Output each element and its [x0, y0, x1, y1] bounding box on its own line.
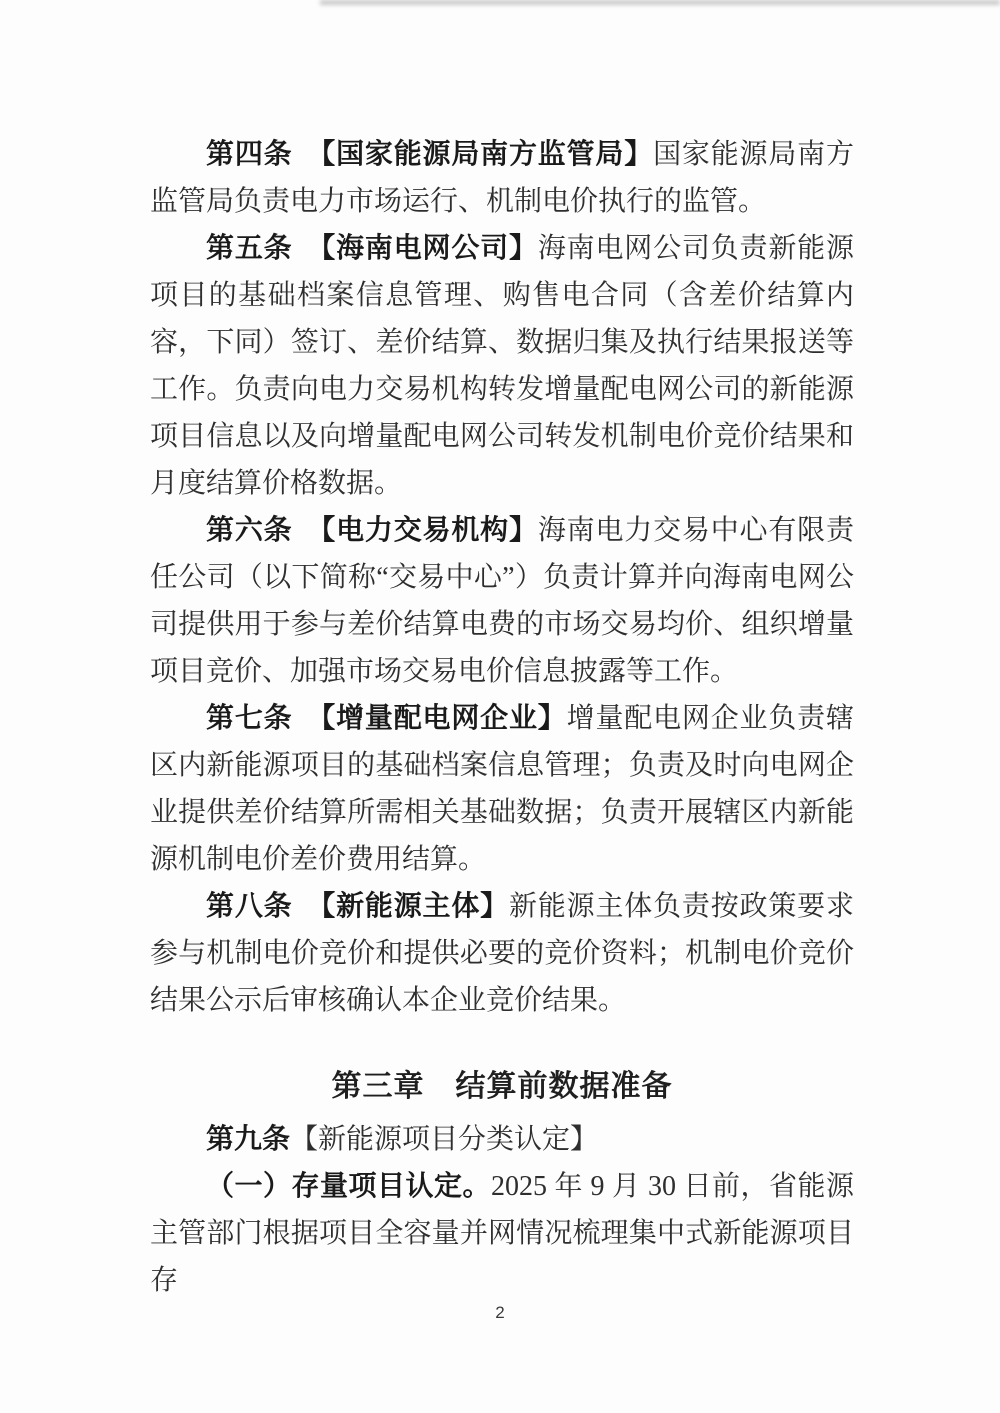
scan-edge-artifact [320, 0, 1000, 5]
article-9-heading: 第九条【新能源项目分类认定】 [150, 1116, 854, 1163]
article-4-paragraph: 第四条 【国家能源局南方监管局】国家能源局南方监管局负责电力市场运行、机制电价执… [150, 131, 854, 225]
article-6-lead: 第六条 【电力交易机构】 [206, 515, 538, 546]
article-8-lead: 第八条 【新能源主体】 [206, 891, 509, 922]
article-5-paragraph: 第五条 【海南电网公司】海南电网公司负责新能源项目的基础档案信息管理、购售电合同… [150, 225, 854, 507]
article-9-lead: 第九条 [206, 1124, 290, 1155]
article-9-bracket: 【新能源项目分类认定】 [290, 1124, 598, 1155]
chapter-heading: 第三章 结算前数据准备 [150, 1063, 854, 1110]
page-number: 2 [0, 1303, 1000, 1323]
clause-1-paragraph: （一）存量项目认定。2025 年 9 月 30 日前，省能源主管部门根据项目全容… [150, 1163, 854, 1304]
article-7-paragraph: 第七条 【增量配电网企业】增量配电网企业负责辖区内新能源项目的基础档案信息管理；… [150, 695, 854, 883]
article-4-lead: 第四条 【国家能源局南方监管局】 [206, 139, 653, 170]
document-page: 第四条 【国家能源局南方监管局】国家能源局南方监管局负责电力市场运行、机制电价执… [0, 0, 1000, 1413]
article-5-lead: 第五条 【海南电网公司】 [206, 233, 538, 264]
article-5-text: 海南电网公司负责新能源项目的基础档案信息管理、购售电合同（含差价结算内容，下同）… [150, 233, 854, 499]
clause-1-lead: （一）存量项目认定。 [206, 1171, 491, 1202]
document-body: 第四条 【国家能源局南方监管局】国家能源局南方监管局负责电力市场运行、机制电价执… [150, 131, 854, 1304]
article-6-paragraph: 第六条 【电力交易机构】海南电力交易中心有限责任公司（以下简称“交易中心”）负责… [150, 507, 854, 695]
article-8-paragraph: 第八条 【新能源主体】新能源主体负责按政策要求参与机制电价竞价和提供必要的竞价资… [150, 883, 854, 1024]
article-7-lead: 第七条 【增量配电网企业】 [206, 703, 567, 734]
